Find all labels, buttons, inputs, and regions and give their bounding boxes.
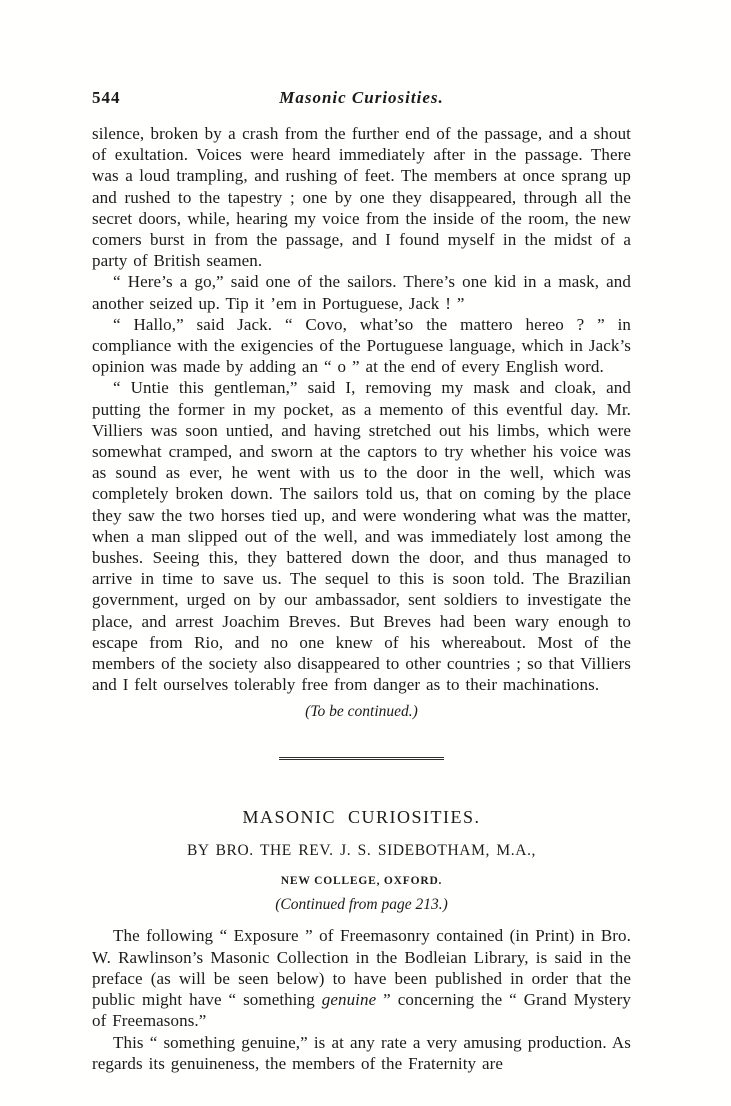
article-affiliation: NEW COLLEGE, OXFORD. xyxy=(92,875,631,887)
section-divider-rule xyxy=(279,757,444,760)
story-paragraph: “ Untie this gentleman,” said I, removin… xyxy=(92,377,631,695)
article-body: The following “ Exposure ” of Freemasonr… xyxy=(92,925,631,1073)
article-byline: BY BRO. THE REV. J. S. SIDEBOTHAM, M.A., xyxy=(92,842,631,860)
story-continuation-section: silence, broken by a crash from the furt… xyxy=(92,123,631,721)
italicized-word: genuine xyxy=(322,990,377,1009)
story-paragraph: silence, broken by a crash from the furt… xyxy=(92,123,631,271)
to-be-continued-note: (To be continued.) xyxy=(92,703,631,721)
article-title: MASONIC CURIOSITIES. xyxy=(92,807,631,828)
running-title: Masonic Curiosities. xyxy=(279,88,444,107)
story-paragraph: “ Hallo,” said Jack. “ Covo, what’so the… xyxy=(92,314,631,378)
article-paragraph: This “ something genuine,” is at any rat… xyxy=(92,1032,631,1074)
page-number: 544 xyxy=(92,88,121,108)
article-paragraph: The following “ Exposure ” of Freemasonr… xyxy=(92,925,631,1031)
scanned-book-page: 544 Masonic Curiosities. silence, broken… xyxy=(0,0,731,1106)
article-section: MASONIC CURIOSITIES. BY BRO. THE REV. J.… xyxy=(92,807,631,1073)
continued-from-note: (Continued from page 213.) xyxy=(92,896,631,914)
story-paragraph: “ Here’s a go,” said one of the sailors.… xyxy=(92,271,631,313)
page-header: 544 Masonic Curiosities. xyxy=(92,88,631,108)
